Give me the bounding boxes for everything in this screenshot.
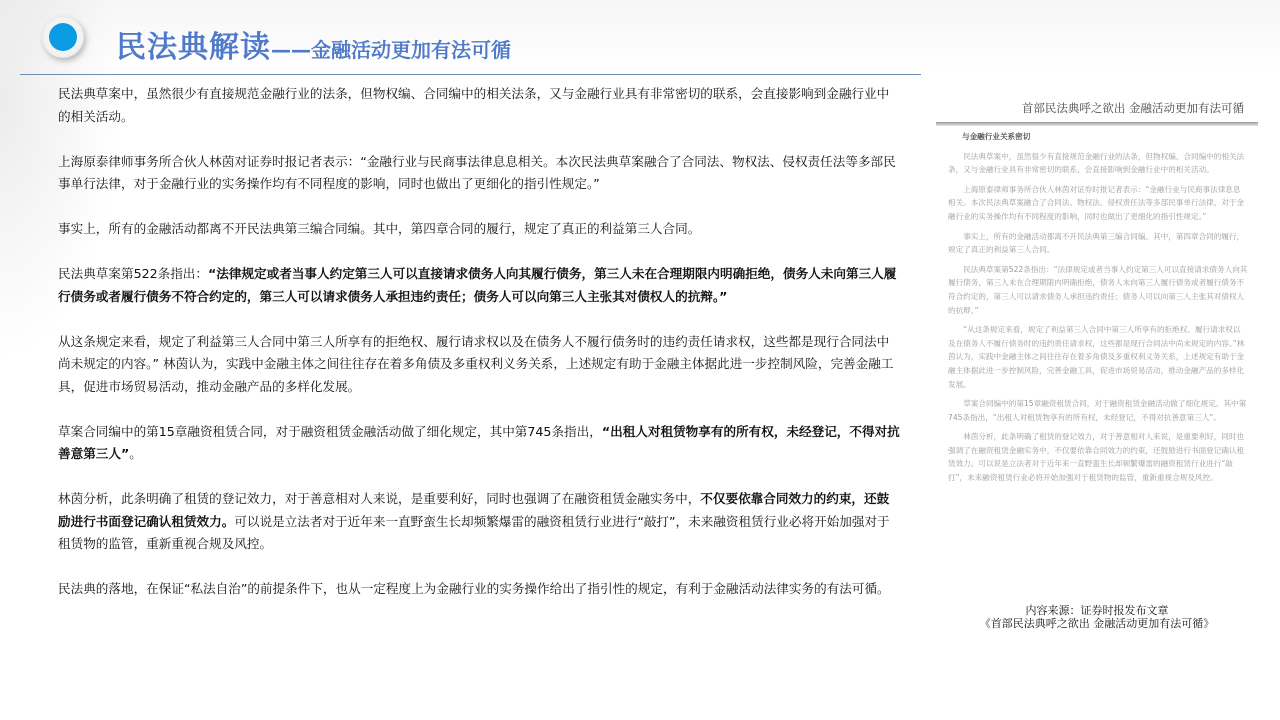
circle-bullet-icon (42, 16, 84, 58)
thumbnail-divider (936, 122, 1258, 126)
article-body: 民法典草案中，虽然很少有直接规范金融行业的法条，但物权编、合同编中的相关法条，又… (58, 83, 900, 623)
page-title: 民法典解读——金融活动更加有法可循 (116, 22, 511, 66)
thumbnail-body: 与金融行业关系密切 民法典草案中，虽然很少有直接规范金融行业的法条，但物权编、合… (948, 128, 1248, 491)
thumbnail-paragraph: 民法典草案中，虽然很少有直接规范金融行业的法条，但物权编、合同编中的相关法条，又… (948, 150, 1248, 177)
source-caption: 内容来源：证券时报发布文章 《首部民法典呼之欲出 金融活动更加有法可循》 (936, 604, 1258, 630)
thumbnail-paragraph: 草案合同编中的第15章融资租赁合同，对于融资租赁金融活动做了细化规定。其中第74… (948, 397, 1248, 424)
thumbnail-paragraph: 上海原泰律师事务所合伙人林茵对证券时报记者表示：“金融行业与民商事法律息息相关。… (948, 183, 1248, 224)
source-line-2: 《首部民法典呼之欲出 金融活动更加有法可循》 (936, 617, 1258, 630)
thumbnail-paragraph: 民法典草案第522条指出：“法律规定或者当事人约定第三人可以直接请求债务人向其履… (948, 263, 1248, 317)
title-main: 民法典解读 (116, 30, 271, 65)
header-divider (20, 74, 921, 75)
paragraph-4-lead: 民法典草案第522条指出： (58, 266, 208, 281)
thumbnail-paragraph: 事实上，所有的金融活动都离不开民法典第三编合同编。其中，第四章合同的履行，规定了… (948, 230, 1248, 257)
thumbnail-paragraph: 林茵分析，此条明确了租赁的登记效力，对于善意相对人来说，是重要利好，同时也强调了… (948, 430, 1248, 484)
paragraph-6: 草案合同编中的第15章融资租赁合同，对于融资租赁金融活动做了细化规定，其中第74… (58, 421, 900, 466)
blue-dot-icon (49, 23, 77, 51)
thumbnail-title: 首部民法典呼之欲出 金融活动更加有法可循 (1022, 100, 1244, 116)
source-line-1: 内容来源：证券时报发布文章 (936, 604, 1258, 617)
title-subtitle: 金融活动更加有法可循 (311, 38, 511, 62)
thumbnail-paragraph: “从这条规定来看，规定了利益第三人合同中第三人所享有的拒绝权、履行请求权以及在债… (948, 323, 1248, 391)
title-dash: —— (271, 38, 311, 62)
paragraph-6-tail: 。 (129, 446, 142, 461)
paragraph-1: 民法典草案中，虽然很少有直接规范金融行业的法条，但物权编、合同编中的相关法条，又… (58, 83, 900, 128)
paragraph-2: 上海原泰律师事务所合伙人林茵对证券时报记者表示：“金融行业与民商事法律息息相关。… (58, 151, 900, 196)
slide-header: 民法典解读——金融活动更加有法可循 (0, 0, 940, 80)
paragraph-4: 民法典草案第522条指出：“法律规定或者当事人约定第三人可以直接请求债务人向其履… (58, 263, 900, 308)
article-screenshot-image: 首部民法典呼之欲出 金融活动更加有法可循 与金融行业关系密切 民法典草案中，虽然… (936, 94, 1258, 606)
paragraph-5: 从这条规定来看，规定了利益第三人合同中第三人所享有的拒绝权、履行请求权以及在债务… (58, 331, 900, 399)
paragraph-8: 民法典的落地，在保证“私法自治”的前提条件下，也从一定程度上为金融行业的实务操作… (58, 578, 900, 601)
thumbnail-section-heading: 与金融行业关系密切 (962, 130, 1248, 144)
paragraph-6-lead: 草案合同编中的第15章融资租赁合同，对于融资租赁金融活动做了细化规定，其中第74… (58, 424, 602, 439)
paragraph-7-lead: 林茵分析，此条明确了租赁的登记效力，对于善意相对人来说，是重要利好，同时也强调了… (58, 491, 700, 506)
paragraph-3: 事实上，所有的金融活动都离不开民法典第三编合同编。其中，第四章合同的履行，规定了… (58, 218, 900, 241)
paragraph-7: 林茵分析，此条明确了租赁的登记效力，对于善意相对人来说，是重要利好，同时也强调了… (58, 488, 900, 556)
